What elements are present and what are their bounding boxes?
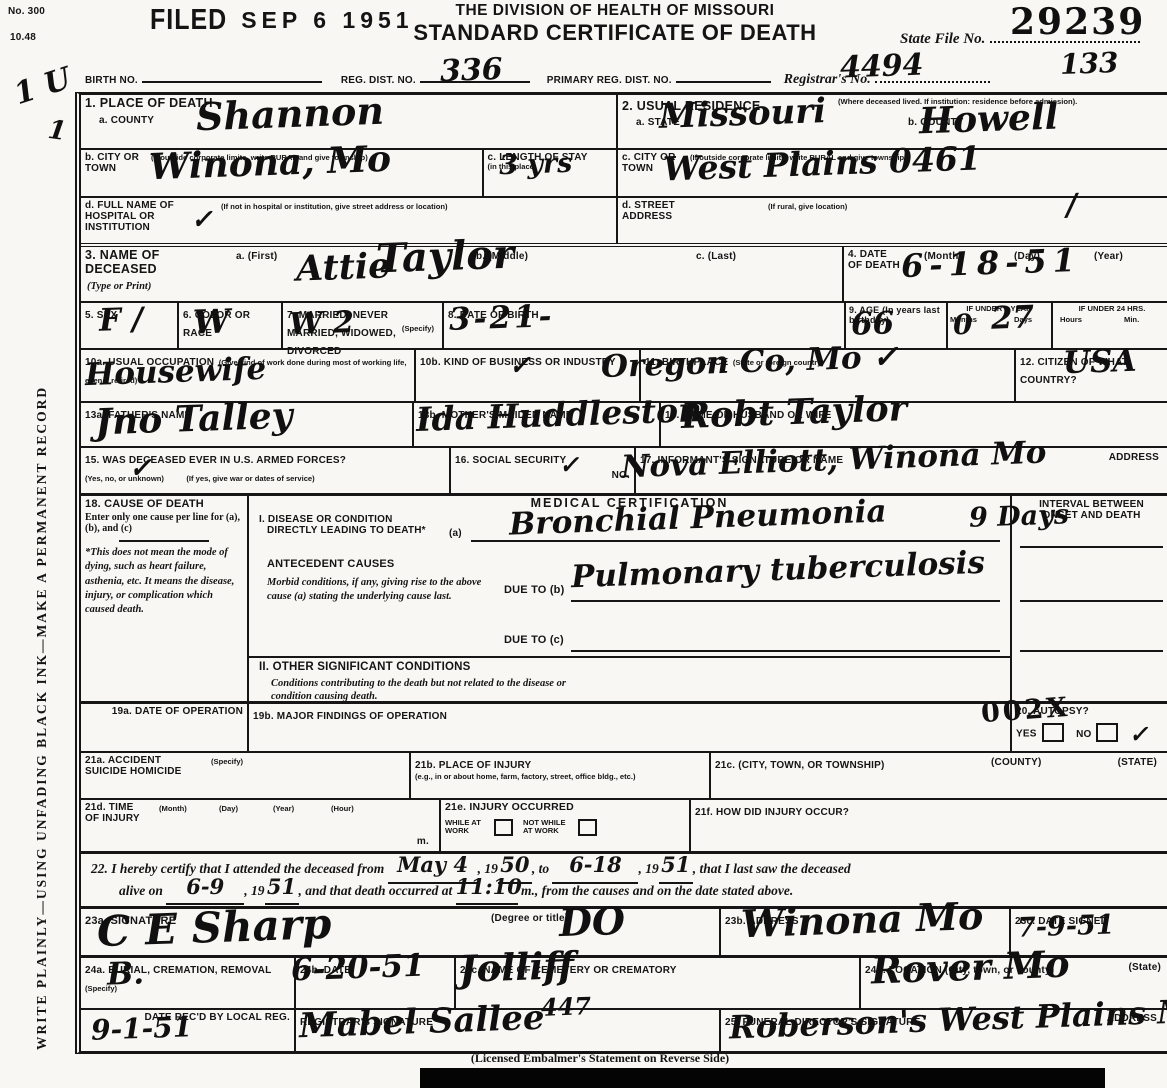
city-or-town-field: b. CITY OR TOWN (If outside corporate li… <box>81 150 484 196</box>
burial-field: 24a. BURIAL, CREMATION, REMOVAL (Specify… <box>81 958 296 1008</box>
informant-address-label: ADDRESS <box>1109 452 1159 463</box>
injury-city-label: 21c. (CITY, TOWN, OR TOWNSHIP) <box>715 760 885 771</box>
birth-no-label: BIRTH NO. <box>85 75 138 86</box>
informant-label: 17. INFORMANT'S SIGNATURE OR NAME <box>640 455 843 466</box>
not-while-at-work-checkbox <box>578 819 597 836</box>
row-place-residence: 1. PLACE OF DEATH a. COUNTY b. CITY OR T… <box>81 95 1167 243</box>
date-received-label: DATE REC'D BY LOCAL REG. <box>85 1012 290 1023</box>
date-received-field: DATE REC'D BY LOCAL REG. <box>81 1010 296 1051</box>
certify-yrpre3: , 19 <box>244 883 264 898</box>
form-number-2: 10.48 <box>10 32 36 43</box>
scan-black-bar <box>420 1068 1105 1088</box>
autopsy-yes-checkbox <box>1042 723 1064 742</box>
registrar-signature-label: REGISTRAR'S SIGNATURE <box>300 1017 433 1028</box>
how-injury-occurred-label: 21f. HOW DID INJURY OCCUR? <box>695 807 849 818</box>
city-note: (If outside corporate limits, write RURA… <box>151 154 471 163</box>
filed-stamp: FILED SEP 6 1951 <box>150 6 414 35</box>
hospital-label: d. FULL NAME OF HOSPITAL OR INSTITUTION <box>85 200 213 234</box>
while-at-work-label: WHILE AT WORK <box>445 819 489 836</box>
certify-part5: , and that death occurred at <box>299 883 453 898</box>
street-label: d. STREET ADDRESS <box>622 200 696 222</box>
toi-day-label: (Day) <box>219 805 238 814</box>
filed-stamp-word: FILED <box>150 4 227 37</box>
color-race-label: 6. COLOR OR RACE <box>183 310 250 339</box>
form-number: No. 300 <box>8 6 45 17</box>
state-file-no: State File No. <box>900 30 1140 48</box>
toi-year-label: (Year) <box>273 805 294 814</box>
not-while-at-work-label: NOT WHILE AT WORK <box>523 819 573 836</box>
occupation-field: 10a. USUAL OCCUPATION (Give kind of work… <box>81 350 416 401</box>
armed-forces-note2: (If yes, give war or dates of service) <box>186 474 314 483</box>
certify-part2: , to <box>532 861 549 876</box>
physician-signature-field: 23a. SIGNATURE (Degree or title) <box>81 909 721 955</box>
informant-field: 17. INFORMANT'S SIGNATURE OR NAME ADDRES… <box>636 448 1167 493</box>
autopsy-field: 20. AUTOPSY? YES NO <box>1012 704 1167 751</box>
interval-label-2: ONSET AND DEATH <box>1012 510 1167 521</box>
reg-dist-label: REG. DIST. NO. <box>341 75 416 86</box>
sex-label: 5. SEX <box>85 310 117 321</box>
row-injury-1: 21a. ACCIDENT SUICIDE HOMICIDE (Specify)… <box>81 751 1167 798</box>
certify-yr3-value: 51 <box>267 874 296 899</box>
armed-forces-label: 15. WAS DECEASED EVER IN U.S. ARMED FORC… <box>85 455 346 466</box>
row-operation: 19a. DATE OF OPERATION 19b. MAJOR FINDIN… <box>81 701 1167 751</box>
citizen-label: 12. CITIZEN OF WHAT COUNTRY? <box>1020 357 1128 386</box>
county-label: a. COUNTY <box>99 115 612 126</box>
other-conditions-divider <box>249 656 1010 658</box>
row-occupation: 10a. USUAL OCCUPATION (Give kind of work… <box>81 348 1167 401</box>
place-of-death-title: 1. PLACE OF DEATH <box>85 97 612 111</box>
funeral-director-address-label: ADDRESS <box>1107 1013 1157 1024</box>
other-conditions-note: Conditions contributing to the death but… <box>271 677 601 703</box>
dod-month-label: (Month) <box>924 251 962 262</box>
certify-yr2-value: 51 <box>661 852 690 877</box>
row-certify-statement: 22. I hereby certify that I attended the… <box>81 851 1167 906</box>
sex-field: 5. SEX <box>81 303 179 348</box>
row-registrar: DATE REC'D BY LOCAL REG. REGISTRAR'S SIG… <box>81 1008 1167 1051</box>
business-field: 10b. KIND OF BUSINESS OR INDUSTRY <box>416 350 641 401</box>
due-to-b-rule <box>571 582 1000 602</box>
spouse-name-field: 14. NAME OF HUSBAND OR WIFE <box>661 403 1167 446</box>
margin-instruction: WRITE PLAINLY—USING UNFADING BLACK INK—M… <box>34 160 50 1050</box>
citizen-field: 12. CITIZEN OF WHAT COUNTRY? <box>1016 350 1167 401</box>
place-of-death-section: 1. PLACE OF DEATH a. COUNTY b. CITY OR T… <box>81 95 618 243</box>
registrar-no-label: Registrar's No. <box>784 72 871 87</box>
date-of-death-title: 4. DATE OF DEATH <box>848 249 900 271</box>
occupation-label: 10a. USUAL OCCUPATION <box>85 357 214 368</box>
birthplace-label: 11. BIRTHPLACE <box>645 357 728 368</box>
name-subtitle: (Type or Print) <box>87 281 151 292</box>
morbid-note: Morbid conditions, if any, giving rise t… <box>267 576 495 603</box>
certify-part4: alive on <box>119 883 163 898</box>
degree-label: (Degree or title) <box>491 913 568 924</box>
age-under24-label: IF UNDER 24 HRS. <box>1056 305 1167 314</box>
injury-county-label: (COUNTY) <box>991 757 1041 768</box>
place-of-injury-field: 21b. PLACE OF INJURY (e.g., in or about … <box>411 753 711 798</box>
cause-title: 18. CAUSE OF DEATH <box>85 498 243 510</box>
certify-part1: 22. I hereby certify that I attended the… <box>91 861 384 876</box>
reg-dist-rule <box>420 81 530 83</box>
row-name: 3. NAME OF DECEASED (Type or Print) a. (… <box>81 243 1167 301</box>
interval-rule-c <box>1020 632 1163 652</box>
father-name-field: 13a. FATHER'S NAME <box>81 403 414 446</box>
usual-residence-section: 2. USUAL RESIDENCE (Where deceased lived… <box>618 95 1167 243</box>
toi-month-label: (Month) <box>159 805 187 814</box>
row-sex-age: 5. SEX 6. COLOR OR RACE 7. MARRIED, NEVE… <box>81 301 1167 348</box>
age-hours-label: Hours <box>1060 316 1082 325</box>
residence-city-note: (If outside corporate limits, write RURA… <box>690 154 1030 163</box>
father-label: 13a. FATHER'S NAME <box>85 410 191 421</box>
age-field: 9. AGE (In years last birthday) IF UNDER… <box>846 303 1167 348</box>
age-divider-1 <box>946 303 948 348</box>
business-label: 10b. KIND OF BUSINESS OR INDUSTRY <box>420 357 616 368</box>
interval-label-1: INTERVAL BETWEEN <box>1012 499 1167 510</box>
age-months-label: Months <box>950 316 977 325</box>
interval-rule-b <box>1020 582 1163 602</box>
age-label: 9. AGE (In years last birthday) <box>849 305 941 325</box>
mother-label: 13b. MOTHER'S MAIDEN NAME <box>418 410 573 421</box>
title-line-2: STANDARD CERTIFICATE OF DEATH <box>380 20 850 46</box>
primary-reg-label: PRIMARY REG. DIST. NO. <box>547 75 672 86</box>
title-line-1: THE DIVISION OF HEALTH OF MISSOURI <box>380 2 850 20</box>
date-signed-label: 23c. DATE SIGNED <box>1015 916 1108 927</box>
toi-hour-label: (Hour) <box>331 805 354 814</box>
burial-location-field: 24d. LOCATION (City, town, or county) (S… <box>861 958 1167 1008</box>
certify-to-value: 6-18 <box>569 852 622 877</box>
marital-note: (Specify) <box>402 325 434 334</box>
name-of-deceased-field: 3. NAME OF DECEASED (Type or Print) a. (… <box>81 247 844 301</box>
registration-line: BIRTH NO. REG. DIST. NO. PRIMARY REG. DI… <box>85 70 1160 88</box>
accident-note: (Specify) <box>211 758 243 767</box>
date-of-operation-field: 19a. DATE OF OPERATION <box>81 704 249 751</box>
disease-a-label: (a) <box>449 528 462 539</box>
certify-yrpre2: , 19 <box>638 861 658 876</box>
row-injury-2: 21d. TIME OF INJURY (Month) (Day) (Year)… <box>81 798 1167 851</box>
medcert-title: MEDICAL CERTIFICATION <box>249 497 1010 511</box>
physician-address-field: 23b. ADDRESS <box>721 909 1011 955</box>
cause-note: *This does not mean the mode of dying, s… <box>85 546 243 617</box>
injury-state-label: (STATE) <box>1118 757 1157 768</box>
burial-date-label: 24b. DATE <box>300 965 351 976</box>
ssn-label: 16. SOCIAL SECURITY <box>455 455 566 466</box>
state-label: a. STATE <box>636 117 680 128</box>
cause-subtitle: Enter only one cause per line for (a), (… <box>85 512 243 534</box>
marital-status-field: 7. MARRIED, NEVER MARRIED, WIDOWED, DIVO… <box>283 303 444 348</box>
ssn-no-label: NO. <box>455 470 630 481</box>
stay-note: (in this place) <box>487 163 613 172</box>
while-at-work-checkbox <box>494 819 513 836</box>
registrar-no-rule <box>875 81 990 83</box>
date-of-operation-label: 19a. DATE OF OPERATION <box>85 706 243 717</box>
burial-state-label: (State) <box>1128 962 1161 973</box>
interval-column: INTERVAL BETWEEN ONSET AND DEATH <box>1012 496 1167 701</box>
first-name-label: a. (First) <box>236 251 277 262</box>
date-of-birth-field: 8. DATE OF BIRTH <box>444 303 846 348</box>
physician-address-label: 23b. ADDRESS <box>725 916 799 927</box>
street-address-field: d. STREET ADDRESS (If rural, give locati… <box>618 196 1167 243</box>
cemetery-field: 24c. NAME OF CEMETERY OR CREMATORY <box>456 958 861 1008</box>
hospital-field: d. FULL NAME OF HOSPITAL OR INSTITUTION … <box>81 196 616 243</box>
state-file-rule <box>990 41 1140 43</box>
row-physician: 23a. SIGNATURE (Degree or title) 23b. AD… <box>81 906 1167 955</box>
how-injury-occurred-field: 21f. HOW DID INJURY OCCUR? <box>691 800 1167 851</box>
ssn-field: 16. SOCIAL SECURITY NO. <box>451 448 636 493</box>
certify-alive-value: 6-9 <box>186 874 224 899</box>
medical-certification-column: MEDICAL CERTIFICATION I. DISEASE OR COND… <box>249 496 1012 701</box>
usual-residence-title: 2. USUAL RESIDENCE <box>622 99 761 113</box>
certify-part6: m., from the causes and on the date stat… <box>521 883 793 898</box>
certificate-form: 1. PLACE OF DEATH a. COUNTY b. CITY OR T… <box>75 92 1167 1054</box>
armed-forces-note1: (Yes, no, or unknown) <box>85 474 164 483</box>
major-findings-field: 19b. MAJOR FINDINGS OF OPERATION <box>249 704 1012 751</box>
dod-day-label: (Day) <box>1014 251 1040 262</box>
due-to-c-rule <box>571 632 1000 652</box>
date-signed-field: 23c. DATE SIGNED <box>1011 909 1167 955</box>
injury-occurred-label: 21e. INJURY OCCURRED <box>445 802 685 814</box>
row-medical-certification: 18. CAUSE OF DEATH Enter only one cause … <box>81 493 1167 701</box>
disease-line1: I. DISEASE OR CONDITION <box>259 514 393 525</box>
autopsy-no-label: NO <box>1076 729 1091 740</box>
burial-label: 24a. BURIAL, CREMATION, REMOVAL <box>85 965 271 976</box>
autopsy-no-checkbox <box>1096 723 1118 742</box>
toi-m-label: m. <box>417 836 429 847</box>
birthplace-note: (State or foreign country) <box>733 358 824 367</box>
spouse-label: 14. NAME OF HUSBAND OR WIFE <box>665 410 832 421</box>
interval-rule-a <box>1020 528 1163 548</box>
mother-name-field: 13b. MOTHER'S MAIDEN NAME <box>414 403 661 446</box>
signature-label: 23a. SIGNATURE <box>85 915 176 927</box>
disease-a-rule <box>471 522 1000 542</box>
document-title: THE DIVISION OF HEALTH OF MISSOURI STAND… <box>380 2 850 46</box>
length-of-stay-field: c. LENGTH OF STAY (in this place) <box>484 150 616 196</box>
certify-statement: 22. I hereby certify that I attended the… <box>81 854 1167 906</box>
date-of-death-field: 4. DATE OF DEATH (Month) (Day) (Year) <box>844 247 1167 301</box>
city-label: b. CITY OR TOWN <box>85 152 145 174</box>
dob-label: 8. DATE OF BIRTH <box>448 310 539 321</box>
burial-date-field: 24b. DATE <box>296 958 456 1008</box>
death-certificate-scan: { "margin": { "no_top": "No. 300", "no_b… <box>0 0 1167 1088</box>
injury-location-field: 21c. (CITY, TOWN, OR TOWNSHIP) (COUNTY) … <box>711 753 1167 798</box>
time-of-injury-field: 21d. TIME OF INJURY (Month) (Day) (Year)… <box>81 800 441 851</box>
name-title: 3. NAME OF DECEASED <box>85 249 205 277</box>
margin-pen-mark: 1 U <box>11 64 75 110</box>
birthplace-field: 11. BIRTHPLACE (State or foreign country… <box>641 350 1016 401</box>
place-of-injury-label: 21b. PLACE OF INJURY <box>415 760 531 771</box>
age-min-label: Min. <box>1124 316 1139 325</box>
age-under1-label: IF UNDER 1 YEAR <box>950 305 1048 314</box>
certify-time-value: 11:10 <box>456 874 522 899</box>
margin-pen-mark-2: 1 <box>46 117 68 145</box>
residence-city-label: c. CITY OR TOWN <box>622 152 684 174</box>
middle-name-label: b. (Middle) <box>476 251 528 262</box>
burial-note: (Specify) <box>85 984 117 993</box>
other-conditions-title: II. OTHER SIGNIFICANT CONDITIONS <box>259 661 471 674</box>
state-file-label: State File No. <box>900 31 985 47</box>
funeral-director-label: 25. FUNERAL DIRECTOR'S SIGNATURE <box>725 1017 920 1028</box>
registrar-signature-field: REGISTRAR'S SIGNATURE <box>296 1010 721 1051</box>
residence-county-label: b. COUNTY <box>908 117 964 128</box>
last-name-label: c. (Last) <box>696 251 736 262</box>
age-days-label: Days <box>1014 316 1032 325</box>
due-to-c-label: DUE TO (c) <box>504 634 564 646</box>
row-burial: 24a. BURIAL, CREMATION, REMOVAL (Specify… <box>81 955 1167 1008</box>
cause-divider <box>119 540 209 542</box>
street-note: (If rural, give location) <box>768 203 847 212</box>
birth-no-rule <box>142 81 322 83</box>
disease-line2: DIRECTLY LEADING TO DEATH* <box>267 525 426 536</box>
certify-part3: , that I last saw the deceased <box>693 861 851 876</box>
primary-reg-rule <box>676 81 771 83</box>
autopsy-yes-label: YES <box>1016 729 1037 740</box>
antecedent-label: ANTECEDENT CAUSES <box>267 558 394 570</box>
accident-suicide-homicide-field: 21a. ACCIDENT SUICIDE HOMICIDE (Specify) <box>81 753 411 798</box>
autopsy-label: 20. AUTOPSY? <box>1016 706 1167 717</box>
cause-of-death-column: 18. CAUSE OF DEATH Enter only one cause … <box>81 496 249 701</box>
burial-location-label: 24d. LOCATION (City, town, or county) <box>865 965 1054 976</box>
usual-residence-note: (Where deceased lived. If institution: r… <box>838 98 1163 107</box>
age-divider-2 <box>1051 303 1053 348</box>
funeral-director-field: 25. FUNERAL DIRECTOR'S SIGNATURE ADDRESS <box>721 1010 1167 1051</box>
due-to-b-label: DUE TO (b) <box>504 584 564 596</box>
residence-city-field: c. CITY OR TOWN (If outside corporate li… <box>618 148 1167 196</box>
dod-year-label: (Year) <box>1094 251 1123 262</box>
row-informant: 15. WAS DECEASED EVER IN U.S. ARMED FORC… <box>81 446 1167 493</box>
color-race-field: 6. COLOR OR RACE <box>179 303 283 348</box>
hospital-note: (If not in hospital or institution, give… <box>221 203 601 212</box>
time-of-injury-label: 21d. TIME OF INJURY <box>85 802 143 824</box>
embalmer-note: (Licensed Embalmer's Statement on Revers… <box>400 1051 800 1066</box>
row-parents: 13a. FATHER'S NAME 13b. MOTHER'S MAIDEN … <box>81 401 1167 446</box>
injury-occurred-field: 21e. INJURY OCCURRED WHILE AT WORK NOT W… <box>441 800 691 851</box>
major-findings-label: 19b. MAJOR FINDINGS OF OPERATION <box>253 711 447 722</box>
accident-label: 21a. ACCIDENT SUICIDE HOMICIDE <box>85 755 195 777</box>
place-of-injury-note: (e.g., in or about home, farm, factory, … <box>415 773 705 782</box>
cemetery-label: 24c. NAME OF CEMETERY OR CREMATORY <box>460 965 677 976</box>
armed-forces-field: 15. WAS DECEASED EVER IN U.S. ARMED FORC… <box>81 448 451 493</box>
